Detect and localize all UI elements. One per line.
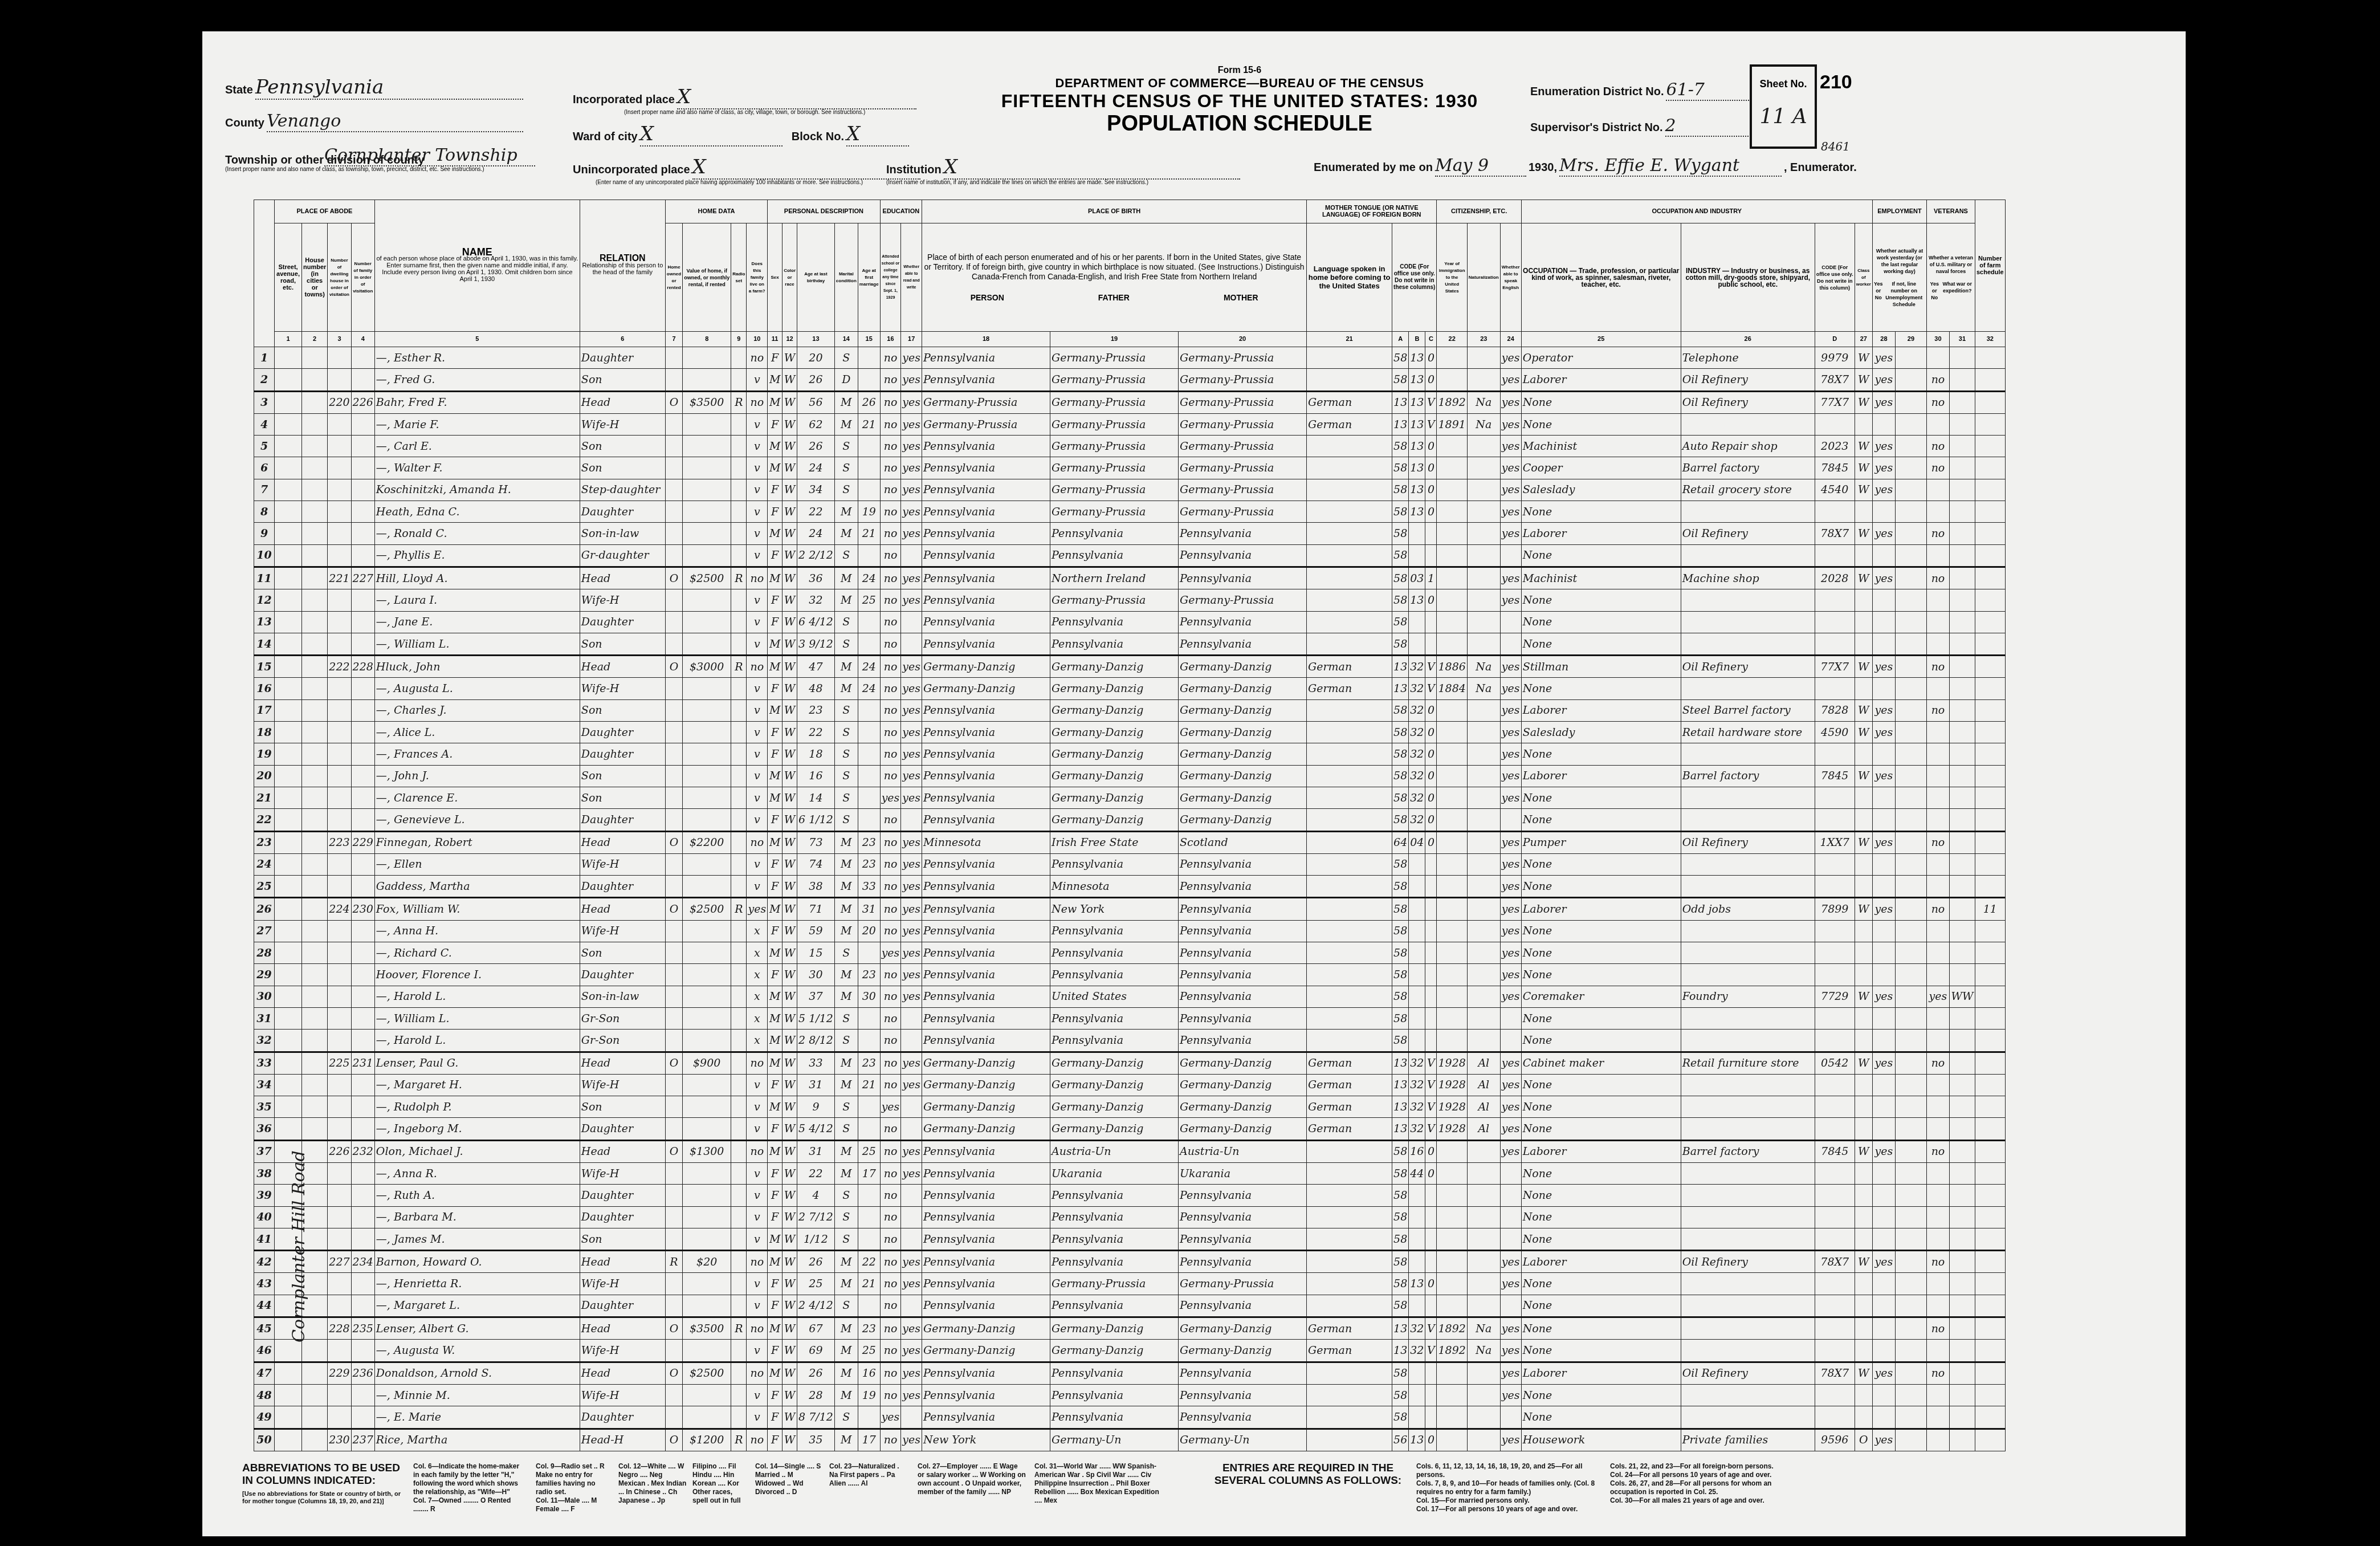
- cell-farm: v: [747, 1074, 768, 1096]
- cell-pob-mother: Pennsylvania: [1179, 898, 1307, 920]
- cell-ind: Barrel factory: [1681, 457, 1815, 479]
- cell-dwelling: [328, 523, 351, 544]
- cell-eng: [1500, 1162, 1521, 1184]
- cell-farm: v: [747, 1273, 768, 1295]
- cell-name: Koschinitzki, Amanda H.: [374, 479, 580, 501]
- cell-cls: W: [1855, 656, 1872, 678]
- cell-imm: [1437, 722, 1467, 743]
- cell-pob: Pennsylvania: [922, 1185, 1050, 1206]
- cell-farm: yes: [747, 898, 768, 920]
- cell-relation: Wife-H: [580, 1384, 665, 1406]
- cell-cls: W: [1855, 567, 1872, 589]
- cell-radio: [731, 501, 747, 523]
- line-number: 2: [254, 369, 275, 391]
- cell-code: [1815, 1074, 1855, 1096]
- cell-cls: [1855, 1406, 1872, 1429]
- cell-pob-father: Germany-Prussia: [1050, 391, 1179, 413]
- cell-read: yes: [901, 391, 922, 413]
- line-number: 11: [254, 567, 275, 589]
- cell-ind: [1681, 544, 1815, 567]
- cell-war: [1949, 479, 1975, 501]
- cell-occ: Laborer: [1521, 1140, 1681, 1162]
- cell-nat: Na: [1467, 656, 1500, 678]
- line-number: 9: [254, 523, 275, 544]
- street-cell: [275, 1185, 302, 1206]
- cell-pob-father: Pennsylvania: [1050, 964, 1179, 986]
- col-12-header: Color or race: [783, 223, 797, 332]
- cell-name: —, Augusta W.: [374, 1340, 580, 1362]
- cell-war: [1949, 1295, 1975, 1317]
- cell-family: [351, 765, 374, 787]
- cell-dwelling: [328, 1206, 351, 1228]
- cell-cls: [1855, 633, 1872, 655]
- table-row: 42227234Barnon, Howard O.HeadR$20noMW26M…: [254, 1251, 2023, 1273]
- mother-tongue-header: MOTHER TONGUE (OR NATIVE LANGUAGE) OF FO…: [1307, 200, 1437, 223]
- ward-label: Ward of city: [573, 131, 638, 143]
- cell-race: W: [783, 942, 797, 964]
- cell-value: [683, 457, 731, 479]
- cell-marital: S: [834, 436, 858, 457]
- cell-sex: M: [768, 633, 783, 655]
- cell-pob-father: Germany-Danzig: [1050, 1052, 1179, 1074]
- cell-relation: Head: [580, 1140, 665, 1162]
- cell-house: [302, 611, 328, 633]
- cell-age: 2 8/12: [797, 1030, 835, 1052]
- cell-school: no: [880, 1140, 901, 1162]
- cell-marital: S: [834, 1007, 858, 1029]
- street-cell: [275, 1007, 302, 1029]
- cell-farm-sched: [1975, 1206, 2005, 1228]
- cell-farm: v: [747, 611, 768, 633]
- col-number-25: 25: [1521, 332, 1681, 347]
- table-row: 43—, Henrietta R.Wife-HvFW25M21noyesPenn…: [254, 1273, 2023, 1295]
- cell-ind: [1681, 611, 1815, 633]
- cell-read: yes: [901, 1162, 922, 1184]
- cell-work: yes: [1872, 898, 1895, 920]
- cell-sex: F: [768, 1273, 783, 1295]
- cell-read: yes: [901, 436, 922, 457]
- cell-age: 3 9/12: [797, 633, 835, 655]
- cell-eng: yes: [1500, 986, 1521, 1007]
- cell-nat: Na: [1467, 413, 1500, 435]
- cell-b: 13: [1409, 479, 1425, 501]
- cell-pob-father: Germany-Prussia: [1050, 479, 1179, 501]
- cell-imm: [1437, 942, 1467, 964]
- cell-sex: M: [768, 369, 783, 391]
- table-row: 17—, Charles J.SonvMW23SnoyesPennsylvani…: [254, 699, 2023, 721]
- cell-house: [302, 942, 328, 964]
- cell-lang: [1307, 479, 1392, 501]
- cell-house: [302, 369, 328, 391]
- cell-imm: 1892: [1437, 391, 1467, 413]
- cell-relation: Daughter: [580, 1206, 665, 1228]
- cell-occ: Machinist: [1521, 567, 1681, 589]
- cell-age: 2 4/12: [797, 1295, 835, 1317]
- cell-value: [683, 501, 731, 523]
- cell-read: [901, 1228, 922, 1250]
- cell-imm: [1437, 567, 1467, 589]
- cell-eng: yes: [1500, 391, 1521, 413]
- table-row: 11221227Hill, Lloyd A.HeadO$2500RnoMW36M…: [254, 567, 2023, 589]
- cell-age: 1/12: [797, 1228, 835, 1250]
- cell-house: [302, 1406, 328, 1429]
- cell-work: [1872, 876, 1895, 898]
- cell-dwelling: 221: [328, 567, 351, 589]
- cell-dwelling: [328, 413, 351, 435]
- cell-a: 58: [1392, 611, 1409, 633]
- cell-pob: Pennsylvania: [922, 809, 1050, 831]
- population-table: PLACE OF ABODE NAMEof each person whose …: [254, 200, 2023, 1451]
- cell-code: [1815, 1206, 1855, 1228]
- cell-war: [1949, 1340, 1975, 1362]
- cell-sex: M: [768, 656, 783, 678]
- cell-farm: v: [747, 787, 768, 808]
- cell-b: 16: [1409, 1140, 1425, 1162]
- cell-pob-father: Germany-Danzig: [1050, 787, 1179, 808]
- cell-imm: [1437, 436, 1467, 457]
- department-title: DEPARTMENT OF COMMERCE—BUREAU OF THE CEN…: [983, 76, 1496, 91]
- cell-war: [1949, 1052, 1975, 1074]
- cell-dwelling: [328, 1273, 351, 1295]
- cell-ind: Retail grocery store: [1681, 479, 1815, 501]
- cell-c: [1425, 523, 1437, 544]
- cell-cls: W: [1855, 765, 1872, 787]
- cell-cls: [1855, 1317, 1872, 1340]
- cell-a: 64: [1392, 831, 1409, 853]
- cell-radio: [731, 1384, 747, 1406]
- cell-eng: yes: [1500, 567, 1521, 589]
- cell-school: no: [880, 1317, 901, 1340]
- cell-c: 1: [1425, 567, 1437, 589]
- cell-code: [1815, 589, 1855, 611]
- cell-cls: [1855, 1007, 1872, 1029]
- cell-pob-mother: Germany-Prussia: [1179, 413, 1307, 435]
- cell-lang: German: [1307, 656, 1392, 678]
- cell-value: [683, 347, 731, 369]
- cell-house: [302, 787, 328, 808]
- cell-ind: [1681, 413, 1815, 435]
- cell-c: [1425, 1406, 1437, 1429]
- cell-name: —, Margaret L.: [374, 1295, 580, 1317]
- cell-family: [351, 1384, 374, 1406]
- cell-age: 59: [797, 920, 835, 942]
- cell-pob: Germany-Danzig: [922, 1340, 1050, 1362]
- cell-relation: Son: [580, 787, 665, 808]
- cell-nat: [1467, 920, 1500, 942]
- cell-relation: Head: [580, 391, 665, 413]
- cell-sex: M: [768, 1140, 783, 1162]
- cell-age: 28: [797, 1384, 835, 1406]
- cell-house: [302, 722, 328, 743]
- cell-value: $20: [683, 1251, 731, 1273]
- cell-war: [1949, 1030, 1975, 1052]
- cell-farm: v: [747, 1384, 768, 1406]
- cell-occ: None: [1521, 1074, 1681, 1096]
- cell-pob: Germany-Prussia: [922, 413, 1050, 435]
- cell-vet: [1926, 942, 1949, 964]
- street-cell: [275, 369, 302, 391]
- cell-farm: x: [747, 1030, 768, 1052]
- cell-pob-mother: Germany-Prussia: [1179, 347, 1307, 369]
- cell-marital: M: [834, 589, 858, 611]
- cell-radio: [731, 853, 747, 875]
- cell-family: [351, 920, 374, 942]
- cell-read: yes: [901, 942, 922, 964]
- cell-eng: yes: [1500, 457, 1521, 479]
- cell-a: 58: [1392, 523, 1409, 544]
- cell-owned: O: [665, 567, 682, 589]
- enumeration-district-label: Enumeration District No.: [1530, 86, 1664, 98]
- cell-dwelling: 220: [328, 391, 351, 413]
- cell-relation: Son-in-law: [580, 986, 665, 1007]
- col-number-8: 8: [683, 332, 731, 347]
- cell-age-marr: [858, 1096, 880, 1118]
- cell-unemp: [1895, 678, 1926, 699]
- cell-ind: Odd jobs: [1681, 898, 1815, 920]
- cell-race: W: [783, 1140, 797, 1162]
- cell-dwelling: [328, 436, 351, 457]
- cell-eng: [1500, 633, 1521, 655]
- cell-owned: O: [665, 1140, 682, 1162]
- cell-age: 4: [797, 1185, 835, 1206]
- cell-vet: [1926, 479, 1949, 501]
- col-number-12: 12: [783, 332, 797, 347]
- cell-age-marr: 21: [858, 413, 880, 435]
- cell-name: —, Margaret H.: [374, 1074, 580, 1096]
- cell-sex: M: [768, 523, 783, 544]
- cell-dwelling: [328, 1007, 351, 1029]
- cell-imm: [1437, 369, 1467, 391]
- cell-school: no: [880, 1362, 901, 1384]
- cell-b: [1409, 544, 1425, 567]
- cell-house: [302, 1340, 328, 1362]
- cell-sex: F: [768, 1162, 783, 1184]
- cell-relation: Wife-H: [580, 920, 665, 942]
- cell-a: 58: [1392, 436, 1409, 457]
- cell-code: 7729: [1815, 986, 1855, 1007]
- cell-farm: no: [747, 391, 768, 413]
- table-row: 45228235Lenser, Albert G.HeadO$3500RnoMW…: [254, 1317, 2023, 1340]
- cell-family: [351, 1118, 374, 1140]
- cell-dwelling: [328, 544, 351, 567]
- cell-c: 0: [1425, 589, 1437, 611]
- cell-school: no: [880, 898, 901, 920]
- schedule-title: POPULATION SCHEDULE: [983, 112, 1496, 136]
- line-number: 50: [254, 1429, 275, 1451]
- cell-ind: Telephone: [1681, 347, 1815, 369]
- cell-work: yes: [1872, 1052, 1895, 1074]
- cell-vet: [1926, 633, 1949, 655]
- institution-value: X: [944, 156, 1240, 180]
- cell-farm-sched: [1975, 611, 2005, 633]
- cell-nat: [1467, 898, 1500, 920]
- cell-age-marr: 20: [858, 920, 880, 942]
- township-note: (Insert proper name and also name of cla…: [225, 166, 544, 173]
- cell-value: [683, 722, 731, 743]
- cell-lang: [1307, 942, 1392, 964]
- cell-lang: German: [1307, 1074, 1392, 1096]
- line-number: 38: [254, 1162, 275, 1184]
- cell-pob: Pennsylvania: [922, 898, 1050, 920]
- cell-farm: v: [747, 809, 768, 831]
- col-number-13: 13: [797, 332, 835, 347]
- cell-lang: [1307, 1030, 1392, 1052]
- cell-age-marr: [858, 347, 880, 369]
- cell-ind: [1681, 787, 1815, 808]
- cell-cls: [1855, 1295, 1872, 1317]
- cell-code: [1815, 809, 1855, 831]
- cell-a: 58: [1392, 1007, 1409, 1029]
- cell-value: [683, 1007, 731, 1029]
- cell-read: [901, 1206, 922, 1228]
- cell-cls: W: [1855, 898, 1872, 920]
- col-number-28: 28: [1872, 332, 1895, 347]
- cell-value: $3000: [683, 656, 731, 678]
- cell-ind: [1681, 920, 1815, 942]
- cell-race: W: [783, 1096, 797, 1118]
- cell-name: —, Frances A.: [374, 743, 580, 765]
- cell-age: 8 7/12: [797, 1406, 835, 1429]
- cell-occ: Coremaker: [1521, 986, 1681, 1007]
- cell-relation: Daughter: [580, 743, 665, 765]
- cell-work: yes: [1872, 457, 1895, 479]
- cell-work: yes: [1872, 1140, 1895, 1162]
- cell-vet: [1926, 1118, 1949, 1140]
- cell-imm: [1437, 1185, 1467, 1206]
- cell-lang: [1307, 1206, 1392, 1228]
- cell-nat: [1467, 765, 1500, 787]
- cell-dwelling: [328, 1096, 351, 1118]
- cell-value: [683, 1074, 731, 1096]
- cell-owned: [665, 1228, 682, 1250]
- cell-race: W: [783, 347, 797, 369]
- cell-pob-mother: Pennsylvania: [1179, 1007, 1307, 1029]
- cell-family: [351, 722, 374, 743]
- cell-marital: M: [834, 391, 858, 413]
- cell-unemp: [1895, 1118, 1926, 1140]
- supervisors-district-field: Supervisor's District No. 2: [1530, 116, 1751, 137]
- cell-lang: German: [1307, 391, 1392, 413]
- cell-age-marr: [858, 633, 880, 655]
- cell-dwelling: [328, 986, 351, 1007]
- cell-lang: [1307, 567, 1392, 589]
- cell-vet: [1926, 611, 1949, 633]
- cell-owned: [665, 853, 682, 875]
- cell-age: 73: [797, 831, 835, 853]
- cell-vet: [1926, 1096, 1949, 1118]
- line-number: 13: [254, 611, 275, 633]
- cell-name: —, Fred G.: [374, 369, 580, 391]
- col-13-header: Age at last birthday: [797, 223, 835, 332]
- cell-radio: [731, 809, 747, 831]
- cell-school: yes: [880, 1406, 901, 1429]
- cell-relation: Wife-H: [580, 1273, 665, 1295]
- cell-marital: M: [834, 1251, 858, 1273]
- cell-radio: [731, 1406, 747, 1429]
- cell-occ: None: [1521, 1384, 1681, 1406]
- cell-dwelling: [328, 809, 351, 831]
- cell-war: [1949, 853, 1975, 875]
- cell-farm-sched: [1975, 544, 2005, 567]
- cell-pob-mother: Pennsylvania: [1179, 1384, 1307, 1406]
- cell-unemp: [1895, 831, 1926, 853]
- abbrev-col27: Col. 27—Employer ...... E Wage or salary…: [918, 1462, 1026, 1496]
- cell-lang: [1307, 611, 1392, 633]
- cell-race: W: [783, 1162, 797, 1184]
- table-row: 8Heath, Edna C.DaughtervFW22M19noyesPenn…: [254, 501, 2023, 523]
- table-row: 10—, Phyllis E.Gr-daughtervFW2 2/12SnoPe…: [254, 544, 2023, 567]
- cell-vet: [1926, 1406, 1949, 1429]
- cell-farm: v: [747, 876, 768, 898]
- cell-race: W: [783, 1052, 797, 1074]
- cell-unemp: [1895, 611, 1926, 633]
- col-number-31: 31: [1949, 332, 1975, 347]
- table-row: 31—, William L.Gr-SonxMW5 1/12SnoPennsyl…: [254, 1007, 2023, 1029]
- cell-a: 13: [1392, 678, 1409, 699]
- cell-pob-mother: Pennsylvania: [1179, 567, 1307, 589]
- cell-farm-sched: [1975, 722, 2005, 743]
- cell-name: —, Anna H.: [374, 920, 580, 942]
- cell-farm-sched: [1975, 1185, 2005, 1206]
- cell-code: [1815, 544, 1855, 567]
- cell-age-marr: [858, 699, 880, 721]
- cell-value: [683, 787, 731, 808]
- cell-sex: M: [768, 986, 783, 1007]
- cell-age: 67: [797, 1317, 835, 1340]
- cell-c: V: [1425, 1118, 1437, 1140]
- cell-occ: Saleslady: [1521, 479, 1681, 501]
- cell-name: Hill, Lloyd A.: [374, 567, 580, 589]
- cell-b: [1409, 1185, 1425, 1206]
- cell-ind: [1681, 964, 1815, 986]
- cell-house: [302, 1317, 328, 1340]
- cell-b: [1409, 1251, 1425, 1273]
- cell-occ: None: [1521, 787, 1681, 808]
- cell-family: [351, 678, 374, 699]
- cell-farm-sched: [1975, 1384, 2005, 1406]
- cell-race: W: [783, 633, 797, 655]
- cell-vet: [1926, 787, 1949, 808]
- street-cell: [275, 391, 302, 413]
- cell-farm: v: [747, 678, 768, 699]
- cell-unemp: [1895, 1206, 1926, 1228]
- cell-sex: F: [768, 678, 783, 699]
- cell-owned: [665, 986, 682, 1007]
- cell-age: 14: [797, 787, 835, 808]
- cell-unemp: [1895, 986, 1926, 1007]
- cell-relation: Head: [580, 1251, 665, 1273]
- cell-pob-mother: Pennsylvania: [1179, 1295, 1307, 1317]
- street-cell: [275, 678, 302, 699]
- cell-eng: yes: [1500, 964, 1521, 986]
- cell-b: [1409, 1228, 1425, 1250]
- cell-code: 9979: [1815, 347, 1855, 369]
- cell-a: 58: [1392, 1185, 1409, 1206]
- cell-radio: [731, 633, 747, 655]
- cell-family: [351, 1340, 374, 1362]
- cell-pob-mother: Germany-Danzig: [1179, 787, 1307, 808]
- cell-occ: None: [1521, 678, 1681, 699]
- cell-eng: yes: [1500, 1251, 1521, 1273]
- cell-lang: [1307, 544, 1392, 567]
- cell-pob-mother: Pennsylvania: [1179, 964, 1307, 986]
- cell-pob-father: Germany-Prussia: [1050, 1273, 1179, 1295]
- cell-a: 58: [1392, 699, 1409, 721]
- cell-read: yes: [901, 1140, 922, 1162]
- cell-imm: [1437, 964, 1467, 986]
- cell-read: yes: [901, 567, 922, 589]
- cell-cls: W: [1855, 523, 1872, 544]
